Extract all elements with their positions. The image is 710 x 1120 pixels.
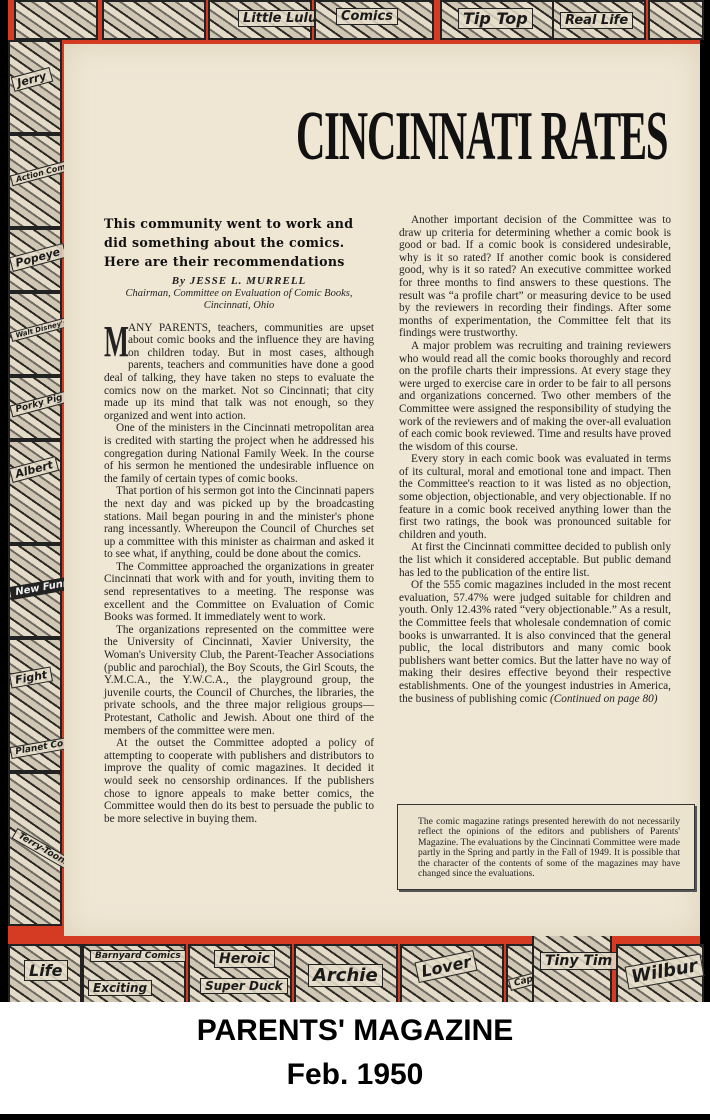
paragraph-2: One of the ministers in the Cincinnati m… xyxy=(104,422,374,485)
affiliation-line1: Chairman, Committee on Evaluation of Com… xyxy=(126,288,353,299)
comic-title: Lover xyxy=(414,950,477,983)
comic-cover-left-5: Porky Pig xyxy=(8,376,62,440)
comic-title: Super Duck xyxy=(200,978,288,994)
comic-title: Tip Top xyxy=(458,8,533,29)
paragraph-1: MANY PARENTS, teachers, communities are … xyxy=(104,322,374,423)
comic-cover-left-9: Terry-Toons xyxy=(8,772,62,926)
paragraph-5: The organizations represented on the com… xyxy=(104,624,374,737)
publication-title: PARENTS' MAGAZINE xyxy=(0,1014,710,1048)
paragraph-3: That portion of his sermon got into the … xyxy=(104,485,374,561)
paragraph-9: Every story in each comic book was evalu… xyxy=(399,453,671,541)
headline: CINCINNATI RATES xyxy=(296,102,530,172)
comic-title: Little Lulu xyxy=(238,10,322,27)
comic-cover-left-2: Action Comics xyxy=(8,134,62,228)
comic-cover-left-4: Walt Disney's xyxy=(8,292,62,376)
comic-cover-left-8: Fight Planet Comics xyxy=(8,638,62,772)
comic-cover-bottom-7: Tiny Tim xyxy=(532,930,612,1002)
comic-title: Porky Pig xyxy=(9,391,68,418)
publication-date: Feb. 1950 xyxy=(0,1058,710,1092)
comic-cover-bottom-8: Wilbur xyxy=(616,944,704,1002)
bottom-rule xyxy=(0,1114,710,1120)
comic-title: Fight xyxy=(9,666,53,688)
byline: By JESSE L. MURRELL xyxy=(104,275,374,288)
deck: This community went to work and did some… xyxy=(104,214,374,271)
comic-cover-bottom-1: Life xyxy=(8,944,82,1002)
paragraph-11: Of the 555 comic magazines included in t… xyxy=(399,579,671,705)
comic-title: Comics xyxy=(336,8,398,25)
comic-title: Real Life xyxy=(560,12,633,29)
comic-title: Exciting xyxy=(88,980,152,996)
comic-cover-top-7 xyxy=(648,0,704,40)
lead-in: ANY PARENTS, xyxy=(128,322,211,334)
comic-cover-top-1 xyxy=(14,0,98,40)
affiliation: Chairman, Committee on Evaluation of Com… xyxy=(104,288,374,312)
right-column: Another important decision of the Commit… xyxy=(399,214,671,705)
comic-title: Heroic xyxy=(214,950,275,968)
paragraph-10: At first the Cincinnati committee decide… xyxy=(399,541,671,579)
left-column: This community went to work and did some… xyxy=(104,214,374,825)
caption: PARENTS' MAGAZINE Feb. 1950 xyxy=(0,1002,710,1120)
comic-title: Popeye xyxy=(9,243,67,272)
magazine-scan: Little Lulu Comics Tip Top Real Life Jer… xyxy=(0,0,710,1002)
comic-title: Life xyxy=(24,960,68,981)
article-page: CINCINNATI RATES This community went to … xyxy=(64,44,700,936)
comic-cover-top-3: Little Lulu xyxy=(208,0,312,40)
comic-cover-left-3: Popeye xyxy=(8,228,62,292)
comic-cover-top-6: Real Life xyxy=(552,0,646,40)
comic-cover-top-2 xyxy=(102,0,206,40)
comic-title: Albert xyxy=(9,456,60,483)
paragraph-11-text: Of the 555 comic magazines included in t… xyxy=(399,579,671,704)
comic-cover-top-5: Tip Top xyxy=(440,0,554,40)
paragraph-4: The Committee approached the organizatio… xyxy=(104,561,374,624)
comic-title: Tiny Tim xyxy=(540,952,617,970)
comic-title: Barnyard Comics xyxy=(90,950,186,962)
comic-cover-bottom-3: Heroic Super Duck xyxy=(188,944,292,1002)
comic-cover-left-1: Jerry xyxy=(8,40,62,134)
comic-cover-bottom-4: Archie xyxy=(294,944,398,1002)
comic-cover-left-7: New Funnies xyxy=(8,544,62,638)
paragraph-6: At the outset the Committee adopted a po… xyxy=(104,737,374,825)
paragraph-7: Another important decision of the Commit… xyxy=(399,214,671,340)
drop-cap: M xyxy=(104,324,116,360)
comic-cover-bottom-2: Barnyard Comics Exciting xyxy=(82,944,186,1002)
comic-title: Jerry xyxy=(11,67,53,92)
comic-cover-left-6: Albert xyxy=(8,440,62,544)
comic-title: Wilbur xyxy=(625,954,705,990)
disclaimer-box: The comic magazine ratings presented her… xyxy=(397,804,695,890)
paragraph-8: A major problem was recruiting and train… xyxy=(399,340,671,453)
continued-note: (Continued on page 80) xyxy=(550,693,658,705)
comic-title: Archie xyxy=(308,964,383,987)
comic-cover-top-4: Comics xyxy=(314,0,434,40)
comic-cover-bottom-5: Lover xyxy=(400,944,504,1002)
paragraph-1-text: teachers, communities are upset about co… xyxy=(104,322,374,422)
affiliation-line2: Cincinnati, Ohio xyxy=(204,300,275,311)
